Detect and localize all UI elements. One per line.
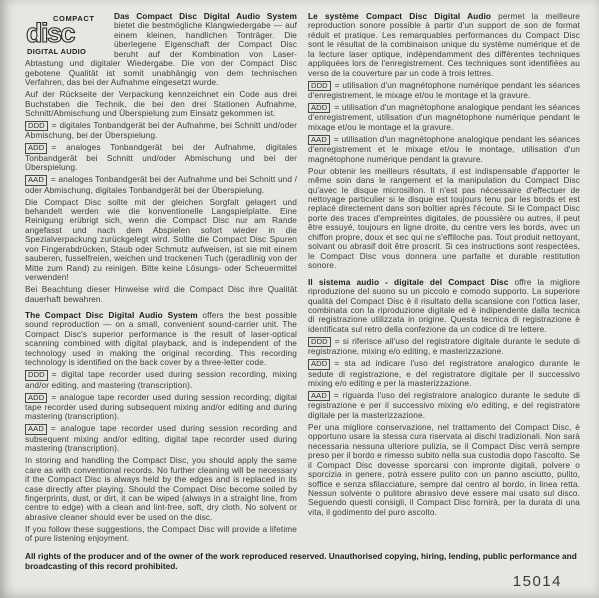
compact-disc-digital-audio-logo: COMPACT disc DIGITAL AUDIO (25, 12, 105, 56)
italian-code-aad-text: = riguarda l'uso del registratore analog… (308, 390, 580, 420)
copyright-notice: All rights of the producer and of the ow… (25, 552, 599, 571)
italian-code-aad: AAD= riguarda l'uso del registratore ana… (308, 391, 580, 420)
right-column: Le système Compact Disc Digital Audio pe… (308, 12, 580, 546)
german-code-ddd: DDD= digitales Tonbandgerät bei der Aufn… (25, 121, 297, 141)
english-code-add-text: = analogue tape recorder used during ses… (25, 392, 297, 422)
english-closing-paragraph: If you follow these suggestions, the Com… (25, 525, 297, 544)
catalog-number: 15014 (513, 573, 562, 590)
english-care-paragraph: In storing and handling the Compact Disc… (25, 456, 297, 522)
italian-care-paragraph: Per una migliore conservazione, nel trat… (308, 423, 580, 518)
french-lead-paragraph: Le système Compact Disc Digital Audio pe… (308, 12, 580, 78)
booklet-page: COMPACT disc DIGITAL AUDIO Das Compact D… (0, 0, 599, 598)
english-lead-paragraph: The Compact Disc Digital Audio System of… (25, 311, 297, 368)
italian-lead-paragraph: Il sistema audio - digitale del Compact … (308, 278, 580, 335)
english-code-add: ADD= analogue tape recorder used during … (25, 393, 297, 422)
italian-section: Il sistema audio - digitale del Compact … (308, 278, 580, 518)
french-lead-rest: permet la meilleure reproduction sonore … (308, 11, 580, 78)
english-code-ddd: DDD= digital tape recorder used during s… (25, 370, 297, 390)
german-closing-paragraph: Bei Beachtung dieser Hinweise wird die C… (25, 285, 297, 304)
logo-disc-text: disc (26, 18, 76, 48)
italian-lead-rest: offre la migliore riproduzione del suono… (308, 277, 580, 334)
german-care-paragraph: Die Compact Disc sollte mit der gleichen… (25, 198, 297, 283)
french-code-aad-text: = utilisation d'un magnétophone analogiq… (308, 134, 580, 164)
footer: All rights of the producer and of the ow… (25, 552, 580, 592)
logo-digital-audio-text: DIGITAL AUDIO (27, 47, 86, 56)
french-section: Le système Compact Disc Digital Audio pe… (308, 12, 580, 271)
french-care-paragraph: Pour obtenir les meilleurs résultats, il… (308, 167, 580, 271)
german-code-aad: AAD= analoges Tonbandgerät bei der Aufna… (25, 175, 297, 195)
french-code-ddd: DDD= utilisation d'un magnétophone numér… (308, 81, 580, 101)
german-section: COMPACT disc DIGITAL AUDIO Das Compact D… (25, 12, 297, 304)
italian-code-add: ADD= sta ad indicare l'uso del registrat… (308, 359, 580, 388)
german-code-aad-text: = analoges Tonbandgerät bei der Aufnahme… (25, 174, 297, 194)
english-code-ddd-text: = digital tape recorder used during sess… (25, 369, 297, 389)
german-code-add: ADD= analoges Tonbandgerät bei der Aufna… (25, 143, 297, 172)
german-code-add-text: = analoges Tonbandgerät bei der Aufnahme… (25, 142, 297, 172)
french-code-add-text: = utilisation d'un magnétophone analogiq… (308, 102, 580, 132)
english-section: The Compact Disc Digital Audio System of… (25, 311, 297, 544)
german-code-intro: Auf der Rückseite der Verpackung kennzei… (25, 90, 297, 118)
french-code-aad: AAD= utilisation d'un magnétophone analo… (308, 135, 580, 164)
italian-code-ddd-text: = si riferisce all'uso del registratore … (308, 336, 580, 356)
english-lead-rest: offers the best possible sound reproduct… (25, 310, 297, 367)
text-columns: COMPACT disc DIGITAL AUDIO Das Compact D… (25, 12, 580, 546)
german-code-ddd-text: = digitales Tonbandgerät bei der Aufnahm… (25, 120, 297, 140)
left-column: COMPACT disc DIGITAL AUDIO Das Compact D… (25, 12, 297, 546)
italian-code-add-text: = sta ad indicare l'uso del registratore… (308, 358, 580, 388)
french-code-add: ADD= utilisation d'un magnétophone analo… (308, 103, 580, 132)
italian-code-ddd: DDD= si riferisce all'uso del registrato… (308, 337, 580, 357)
english-code-aad: AAD= analogue tape recorder used during … (25, 424, 297, 453)
french-code-ddd-text: = utilisation d'un magnétophone numériqu… (308, 80, 580, 100)
english-code-aad-text: = analogue tape recorder used during ses… (25, 423, 297, 453)
